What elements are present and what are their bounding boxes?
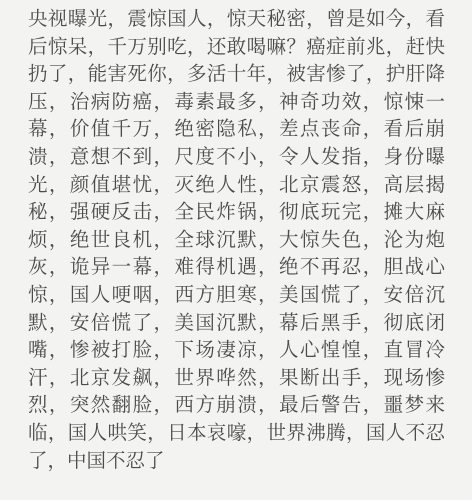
text-line: 嘴，惨被打脸，下场凄凉，人心惶惶，直冒冷 bbox=[28, 337, 445, 365]
text-line: 溃，意想不到，尺度不小，令人发指，身份曝 bbox=[28, 144, 445, 172]
text-line: 扔了，能害死你，多活十年，被害惨了，护肝降 bbox=[28, 61, 445, 89]
text-line: 了，中国不忍了 bbox=[28, 448, 445, 476]
text-line: 秘，强硬反击，全民炸锅，彻底玩完，摊大麻 bbox=[28, 199, 445, 227]
text-line: 幕，价值千万，绝密隐私，差点丧命，看后崩 bbox=[28, 116, 445, 144]
clickbait-phrases-block: 央视曝光，震惊国人，惊天秘密，曾是如今，看 后惊呆，千万别吃，还敢喝嘛？癌症前兆… bbox=[28, 6, 445, 475]
text-line: 汗，北京发飙，世界哗然，果断出手，现场惨 bbox=[28, 365, 445, 393]
text-line: 烈，突然翻脸，西方崩溃，最后警告，噩梦来 bbox=[28, 392, 445, 420]
text-screenshot-page: 央视曝光，震惊国人，惊天秘密，曾是如今，看 后惊呆，千万别吃，还敢喝嘛？癌症前兆… bbox=[0, 0, 472, 500]
text-line: 临，国人哄笑，日本哀嚎，世界沸腾，国人不忍 bbox=[28, 420, 445, 448]
text-line: 压，治病防癌，毒素最多，神奇功效，惊悚一 bbox=[28, 89, 445, 117]
text-line: 后惊呆，千万别吃，还敢喝嘛？癌症前兆，赶快 bbox=[28, 34, 445, 62]
text-line: 央视曝光，震惊国人，惊天秘密，曾是如今，看 bbox=[28, 6, 445, 34]
text-line: 惊，国人哽咽，西方胆寒，美国慌了，安倍沉 bbox=[28, 282, 445, 310]
text-line: 光，颜值堪忧，灭绝人性，北京震怒，高层揭 bbox=[28, 172, 445, 200]
text-line: 默，安倍慌了，美国沉默，幕后黑手，彻底闭 bbox=[28, 310, 445, 338]
text-line: 烦，绝世良机，全球沉默，大惊失色，沦为炮 bbox=[28, 227, 445, 255]
text-line: 灰，诡异一幕，难得机遇，绝不再忍，胆战心 bbox=[28, 254, 445, 282]
